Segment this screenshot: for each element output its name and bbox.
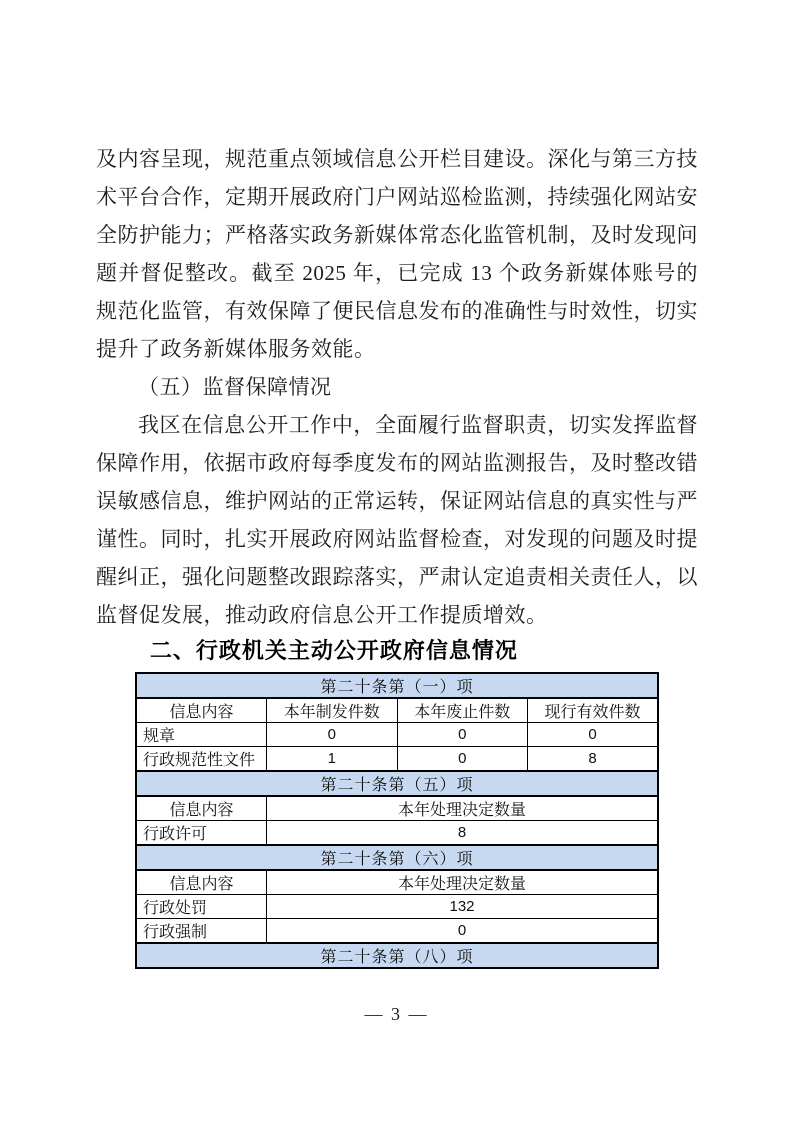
table-row: 行政规范性文件 1 0 8	[136, 747, 658, 772]
disclosure-statistics-table: 第二十条第（一）项 信息内容 本年制发件数 本年废止件数 现行有效件数 规章 0…	[135, 672, 659, 969]
table-row: 行政许可 8	[136, 821, 658, 846]
document-page: 及内容呈现，规范重点领域信息公开栏目建设。深化与第三方技术平台合作，定期开展政府…	[0, 0, 793, 1122]
column-header: 信息内容	[136, 796, 267, 821]
table-band-row: 第二十条第（六）项	[136, 845, 658, 870]
row-label: 行政强制	[136, 919, 267, 944]
value-cell: 132	[267, 895, 659, 919]
value-cell: 1	[267, 747, 398, 772]
column-header: 本年处理决定数量	[267, 796, 659, 821]
text-block: 及内容呈现，规范重点领域信息公开栏目建设。深化与第三方技术平台合作，定期开展政府…	[96, 140, 698, 969]
table-row: 规章 0 0 0	[136, 723, 658, 747]
table-header-row: 信息内容 本年处理决定数量	[136, 796, 658, 821]
value-cell: 0	[267, 723, 398, 747]
band-label: 第二十条第（五）项	[136, 771, 658, 796]
value-cell: 8	[528, 747, 659, 772]
table-header-row: 信息内容 本年制发件数 本年废止件数 现行有效件数	[136, 698, 658, 723]
column-header: 信息内容	[136, 698, 267, 723]
column-header: 本年废止件数	[397, 698, 528, 723]
value-cell: 8	[267, 821, 659, 846]
body-paragraph-continued: 及内容呈现，规范重点领域信息公开栏目建设。深化与第三方技术平台合作，定期开展政府…	[96, 140, 698, 368]
column-header: 现行有效件数	[528, 698, 659, 723]
column-header: 本年处理决定数量	[267, 870, 659, 895]
table-header-row: 信息内容 本年处理决定数量	[136, 870, 658, 895]
value-cell: 0	[528, 723, 659, 747]
body-paragraph: 我区在信息公开工作中，全面履行监督职责，切实发挥监督保障作用，依据市政府每季度发…	[96, 406, 698, 634]
value-cell: 0	[267, 919, 659, 944]
table-band-row: 第二十条第（五）项	[136, 771, 658, 796]
row-label: 行政规范性文件	[136, 747, 267, 772]
column-header: 信息内容	[136, 870, 267, 895]
table-row: 行政强制 0	[136, 919, 658, 944]
value-cell: 0	[397, 747, 528, 772]
row-label: 行政许可	[136, 821, 267, 846]
section-heading: 二、行政机关主动公开政府信息情况	[96, 636, 698, 666]
row-label: 规章	[136, 723, 267, 747]
subsection-heading: （五）监督保障情况	[96, 368, 698, 406]
column-header: 本年制发件数	[267, 698, 398, 723]
table-band-row: 第二十条第（八）项	[136, 943, 658, 968]
band-label: 第二十条第（一）项	[136, 673, 658, 698]
row-label: 行政处罚	[136, 895, 267, 919]
band-label: 第二十条第（八）项	[136, 943, 658, 968]
table-band-row: 第二十条第（一）项	[136, 673, 658, 698]
page-number: — 3 —	[0, 1004, 793, 1025]
table-row: 行政处罚 132	[136, 895, 658, 919]
band-label: 第二十条第（六）项	[136, 845, 658, 870]
value-cell: 0	[397, 723, 528, 747]
